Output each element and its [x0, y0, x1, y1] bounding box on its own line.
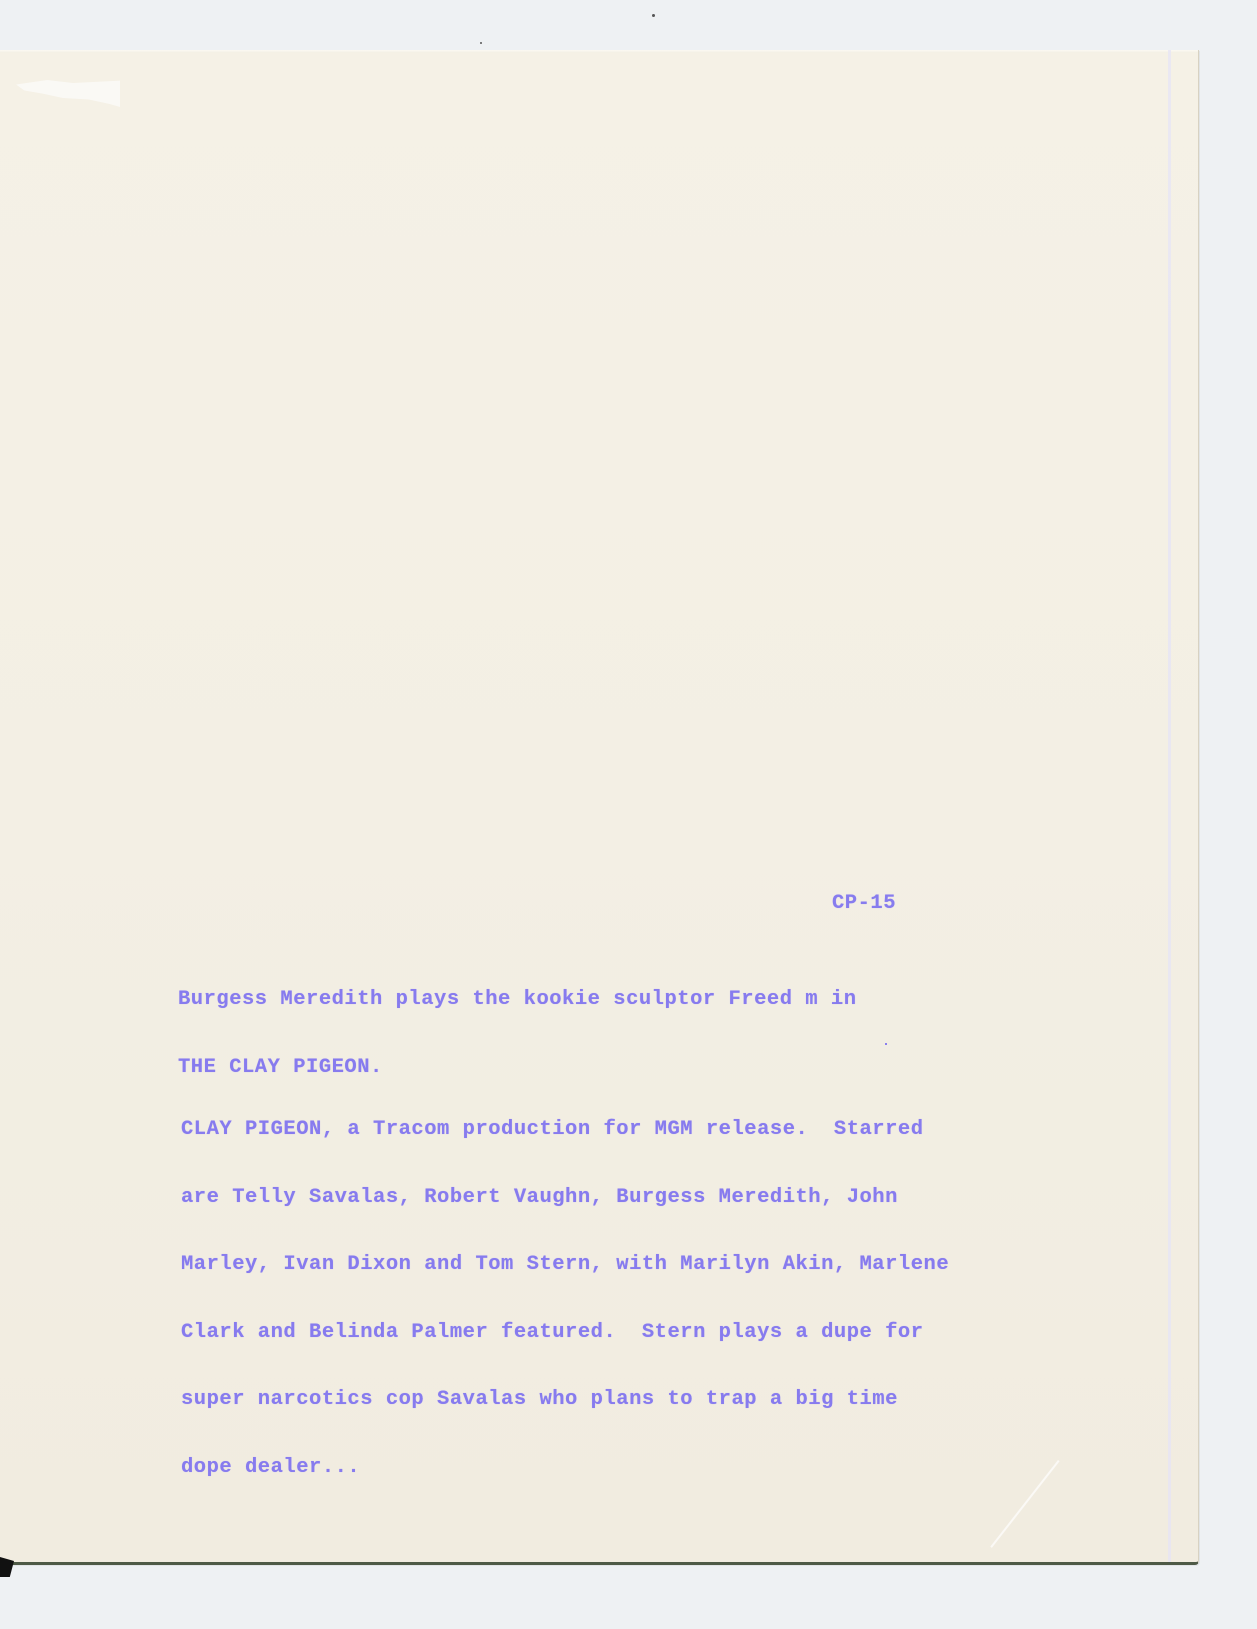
torn-paper-patch: [16, 77, 120, 107]
synopsis-line: are Telly Savalas, Robert Vaughn, Burges…: [181, 1187, 949, 1210]
synopsis-line: dope dealer...: [181, 1457, 949, 1480]
synopsis-line: super narcotics cop Savalas who plans to…: [181, 1389, 949, 1412]
dust-speck: [480, 42, 482, 44]
synopsis-line: Clark and Belinda Palmer featured. Stern…: [181, 1322, 949, 1345]
synopsis-line: Marley, Ivan Dixon and Tom Stern, with M…: [181, 1254, 949, 1277]
paper-seam: [1168, 50, 1171, 1562]
caption-line: Burgess Meredith plays the kookie sculpt…: [178, 989, 857, 1012]
dust-speck: [652, 14, 655, 17]
still-code: CP-15: [832, 893, 896, 916]
sheet-top-edge: [0, 50, 1198, 53]
synopsis-paragraph: CLAY PIGEON, a Tracom production for MGM…: [181, 1074, 949, 1502]
synopsis-line: CLAY PIGEON, a Tracom production for MGM…: [181, 1119, 949, 1142]
ink-speck: [885, 1043, 887, 1045]
